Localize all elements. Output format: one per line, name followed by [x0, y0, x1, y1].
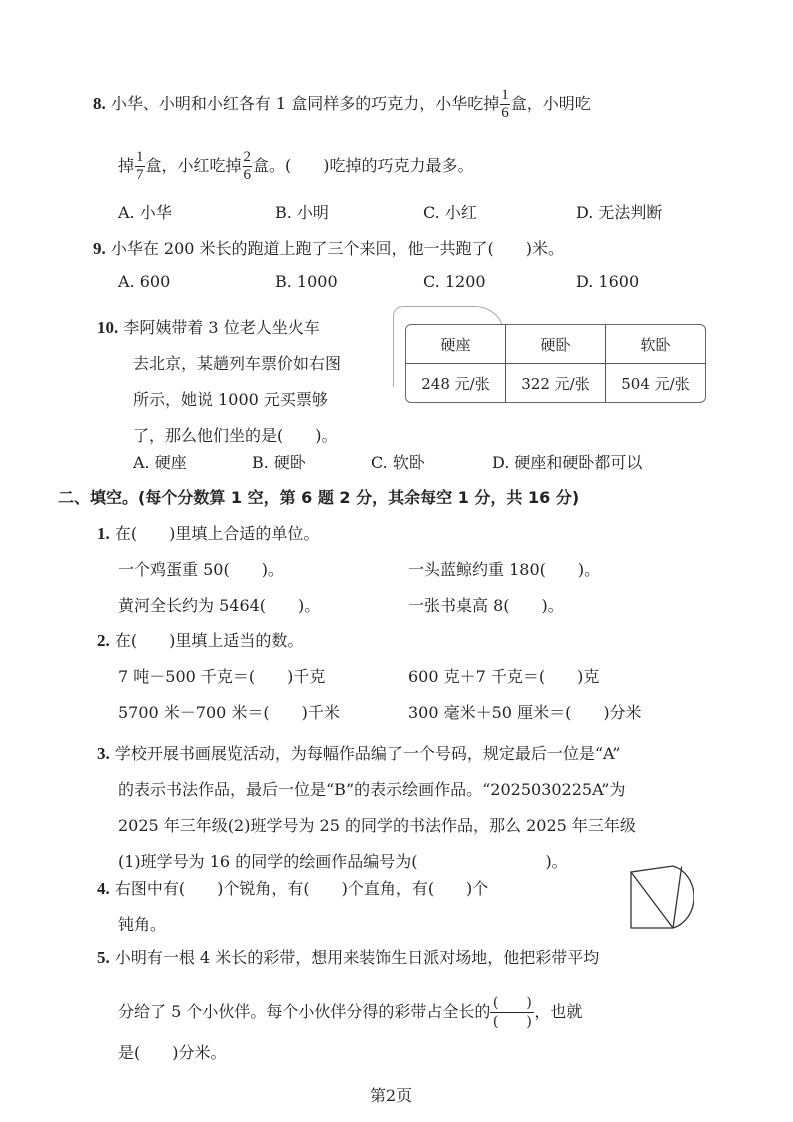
option-b[interactable]: B. 1000: [275, 272, 338, 291]
question-number: 3.: [97, 744, 110, 763]
fraction-blank[interactable]: ( )( ): [490, 996, 534, 1029]
option-b[interactable]: B. 小明: [275, 200, 329, 223]
ticket-price-table: 硬座 硬卧 软卧 248 元/张 322 元/张 504 元/张: [405, 324, 706, 403]
option-c[interactable]: C. 小红: [423, 200, 477, 223]
option-c[interactable]: C. 1200: [423, 272, 486, 291]
question-number: 9.: [93, 239, 106, 258]
fill-4-line2: 钝角。: [118, 912, 166, 935]
fill-item[interactable]: 300 毫米＋50 厘米＝( )分米: [408, 700, 642, 723]
question-number: 10.: [97, 318, 118, 337]
question-number: 4.: [97, 879, 110, 898]
question-text: 小华在 200 米长的跑道上跑了三个来回，他一共跑了( )米。: [111, 239, 564, 258]
question-9: 9. 小华在 200 米长的跑道上跑了三个来回，他一共跑了( )米。: [93, 236, 564, 259]
question-number: 5.: [97, 948, 110, 967]
fill-item[interactable]: 7 吨－500 千克＝( )千克: [118, 664, 325, 687]
question-10: 10. 李阿姨带着 3 位老人坐火车 去北京，某趟列车票价如右图 所示，她说 1…: [97, 310, 341, 454]
option-d[interactable]: D. 无法判断: [576, 200, 662, 223]
fill-4-line1: 4. 右图中有( )个锐角，有( )个直角，有( )个: [97, 876, 488, 899]
option-a[interactable]: A. 600: [118, 272, 170, 291]
fill-item[interactable]: 黄河全长约为 5464( )。: [118, 593, 320, 616]
table-cell: 504 元/张: [606, 364, 706, 403]
question-8-line2: 掉17盒，小红吃掉26盒。( )吃掉的巧克力最多。: [118, 150, 474, 183]
table-header: 软卧: [606, 325, 706, 364]
fill-item[interactable]: 一头蓝鲸约重 180( )。: [408, 557, 600, 580]
table-header: 硬座: [406, 325, 506, 364]
question-8-line1: 8. 小华、小明和小红各有 1 盒同样多的巧克力，小华吃掉16盒，小明吃: [93, 88, 591, 121]
fill-item[interactable]: 5700 米－700 米＝( )千米: [118, 700, 340, 723]
option-a[interactable]: A. 硬座: [133, 450, 187, 473]
fill-item[interactable]: 600 克＋7 千克＝( )克: [408, 664, 599, 687]
question-number: 8.: [93, 94, 106, 113]
fill-item[interactable]: 一张书桌高 8( )。: [408, 593, 564, 616]
fraction-1-7: 17: [135, 150, 145, 183]
fill-5-line3[interactable]: 是( )分米。: [118, 1040, 227, 1063]
table-cell: 322 元/张: [506, 364, 606, 403]
question-text: 盒，小明吃: [511, 94, 591, 113]
angle-figure-icon: [628, 864, 694, 930]
fraction-2-6: 26: [243, 150, 253, 183]
question-number: 2.: [97, 631, 110, 650]
option-c[interactable]: C. 软卧: [371, 450, 425, 473]
fill-2: 2. 在( )里填上适当的数。: [97, 628, 303, 651]
fill-5-line2: 分给了 5 个小伙伴。每个小伙伴分得的彩带占全长的( )( )，也就: [118, 996, 582, 1029]
table-cell: 248 元/张: [406, 364, 506, 403]
option-d[interactable]: D. 硬座和硬卧都可以: [492, 450, 642, 473]
page-number: 第2页: [370, 1083, 412, 1106]
option-a[interactable]: A. 小华: [118, 200, 172, 223]
table-header: 硬卧: [506, 325, 606, 364]
question-text: 小华、小明和小红各有 1 盒同样多的巧克力，小华吃掉: [111, 94, 499, 113]
fill-5-line1: 5. 小明有一根 4 米长的彩带，想用来装饰生日派对场地，他把彩带平均: [97, 945, 599, 968]
option-d[interactable]: D. 1600: [576, 272, 639, 291]
fill-3: 3. 学校开展书画展览活动，为每幅作品编了一个号码，规定最后一位是“A” 的表示…: [97, 736, 636, 880]
question-number: 1.: [97, 524, 110, 543]
section-title: 二、填空。(每个分数算 1 空，第 6 题 2 分，其余每空 1 分，共 16 …: [58, 485, 579, 508]
fill-item[interactable]: 一个鸡蛋重 50( )。: [118, 557, 284, 580]
fraction-1-6: 16: [500, 88, 510, 121]
option-b[interactable]: B. 硬卧: [252, 450, 306, 473]
fill-1: 1. 在( )里填上合适的单位。: [97, 521, 319, 544]
